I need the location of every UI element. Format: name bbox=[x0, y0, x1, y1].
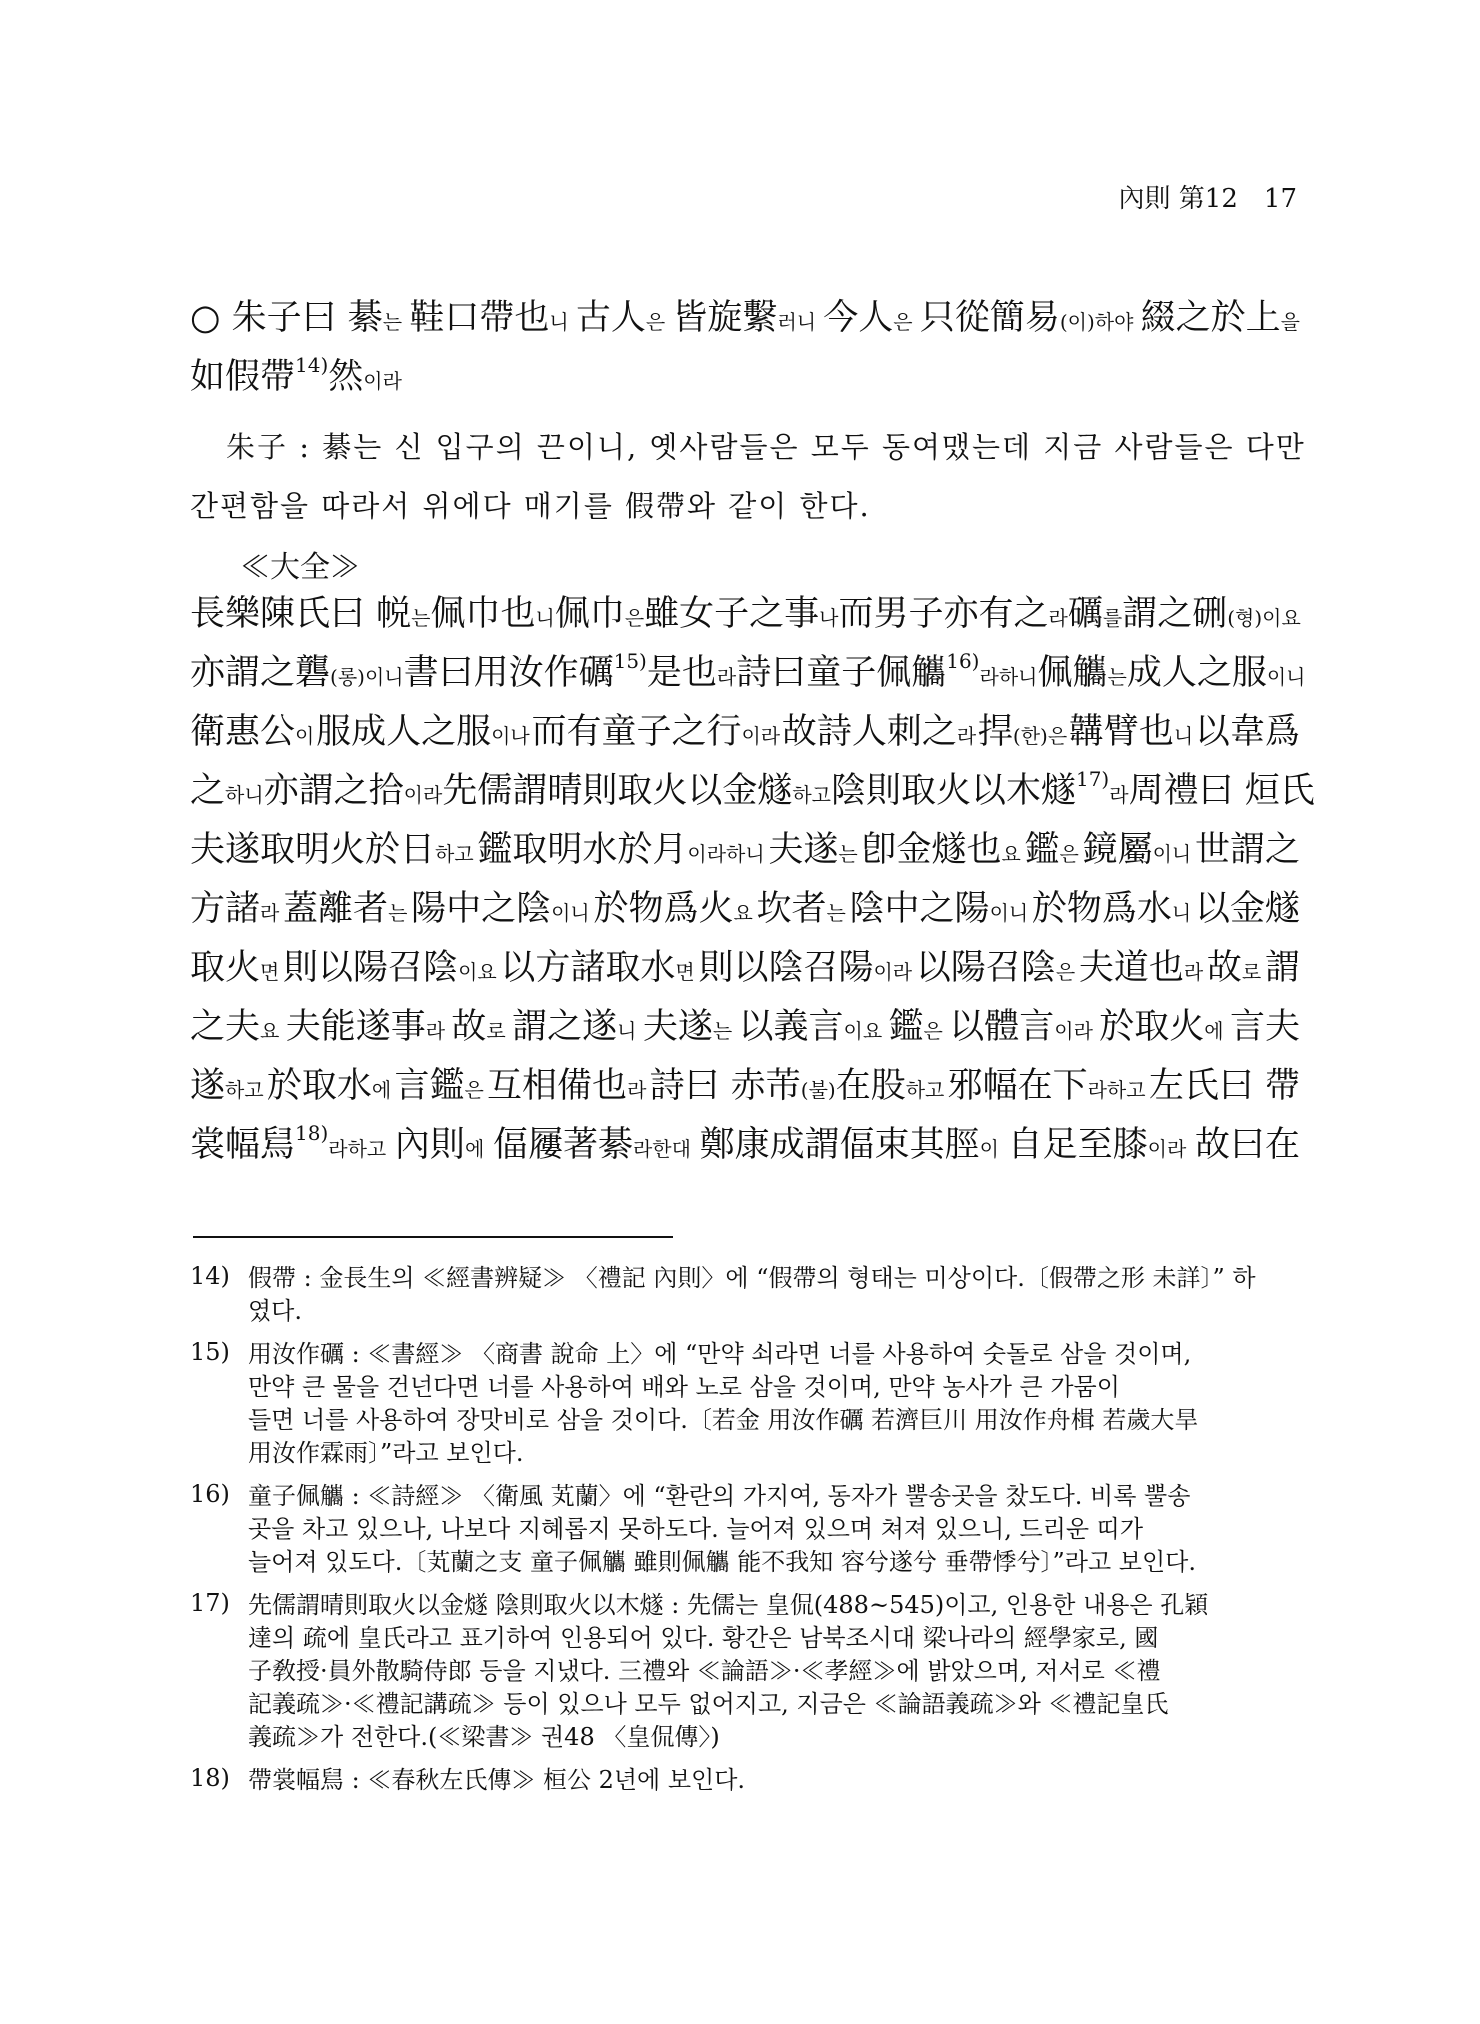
hanja-text: 佩巾也 bbox=[430, 594, 535, 634]
hangul-gloss: 이요 bbox=[844, 1019, 883, 1043]
hangul-gloss: 하고 bbox=[792, 783, 831, 807]
hanja-text: 以體言 bbox=[949, 1007, 1054, 1047]
phrase: 於取水에 bbox=[267, 1057, 391, 1121]
phrase: 夫遂는 bbox=[768, 821, 857, 885]
hanja-text: 先儒謂晴則取火以金燧 bbox=[442, 771, 792, 811]
hanja-text: 鑑 bbox=[889, 1007, 924, 1047]
hanja-text: 卽金燧也 bbox=[861, 830, 1001, 870]
hanja-text: 夫遂取明火於日 bbox=[190, 830, 435, 870]
text-line: 衛惠公이服成人之服이나而有童子之行이라故詩人刺之라捍(한)은韝臂也니以韋爲 bbox=[190, 703, 1300, 762]
hanja-text: 於取火 bbox=[1099, 1007, 1204, 1047]
hangul-gloss: 이 bbox=[980, 1137, 999, 1161]
phrase: 互相備也라 bbox=[487, 1057, 646, 1121]
phrase: 於物爲水니 bbox=[1032, 880, 1191, 944]
phrase: 內則에 bbox=[395, 1116, 484, 1180]
hangul-gloss: 이니 bbox=[1153, 842, 1192, 866]
hanja-text: 佩巾 bbox=[555, 594, 625, 634]
phrase: 謂 bbox=[1265, 939, 1300, 1003]
hangul-gloss: 면 bbox=[675, 960, 694, 984]
phrase: 謂之硎(형)이요 bbox=[1122, 585, 1301, 649]
hanja-text: 然 bbox=[328, 357, 363, 397]
phrase: 成人之服이니 bbox=[1127, 644, 1306, 708]
hangul-gloss: 니 bbox=[617, 1019, 636, 1043]
hanja-text: 是也 bbox=[647, 653, 717, 693]
hangul-gloss: 라하고 bbox=[328, 1137, 386, 1161]
footnotes: 14) 假帶 : 金長生의 ≪經書辨疑≫ 〈禮記 內則〉에 “假帶의 형태는 미… bbox=[190, 1262, 1300, 1807]
hanja-text: 陰中之陽 bbox=[850, 889, 990, 929]
hangul-gloss: 라 bbox=[1049, 606, 1068, 630]
text-line: 之夫요夫能遂事라故로謂之遂니夫遂는以義言이요鑑은以體言이라於取火에言夫 bbox=[190, 998, 1300, 1057]
phrase: 亦謂之拾이라 bbox=[264, 762, 443, 826]
footnote-line: 童子佩觿 : ≪詩經≫ 〈衛風 芄蘭〉에 “환란의 가지여, 동자가 뿔송곳을 … bbox=[248, 1480, 1300, 1513]
hanja-text: 則以陰召陽 bbox=[698, 948, 873, 988]
hangul-gloss: 은 bbox=[893, 310, 912, 334]
phrase: 左氏曰 帶 bbox=[1149, 1057, 1300, 1121]
hangul-gloss: 니 bbox=[535, 606, 554, 630]
hanja-text: 之夫 bbox=[190, 1007, 260, 1047]
hanja-text: 亦謂之拾 bbox=[264, 771, 404, 811]
hangul-gloss: 이라하니 bbox=[687, 842, 764, 866]
hanja-text: 坎者 bbox=[757, 889, 827, 929]
hangul-gloss: 를 bbox=[1103, 606, 1122, 630]
hangul-gloss: 이라 bbox=[1054, 1019, 1093, 1043]
hangul-gloss: 라 bbox=[717, 665, 736, 689]
hangul-gloss: 는 bbox=[713, 1019, 732, 1043]
footnote-17: 17) 先儒謂晴則取火以金燧 陰則取火以木燧 : 先儒는 皇侃(488~545)… bbox=[190, 1589, 1300, 1754]
text-line: ○ 朱子曰 綦는鞋口帶也니古人은皆旋繫러니今人은只從簡易(이)하야綴之於上을 bbox=[190, 289, 1300, 348]
hanja-text: 詩曰 赤芾 bbox=[650, 1066, 801, 1106]
hanja-text: 陰則取火以木燧 bbox=[831, 771, 1076, 811]
footnote-divider bbox=[193, 1236, 673, 1238]
hangul-gloss: 라 bbox=[957, 724, 976, 748]
hanja-text: 鑑取明水於月 bbox=[477, 830, 687, 870]
hanja-text: 蓋離者 bbox=[283, 889, 388, 929]
hangul-gloss: 은 bbox=[646, 310, 665, 334]
text-line: 遂하고於取水에言鑑은互相備也라詩曰 赤芾(불)在股하고邪幅在下라하고左氏曰 帶 bbox=[190, 1057, 1300, 1116]
hangul-gloss: (이)하야 bbox=[1060, 310, 1134, 334]
footnote-line: 만약 큰 물을 건넌다면 너를 사용하여 배와 노로 삼을 것이며, 만약 농사… bbox=[248, 1371, 1300, 1404]
hanja-text: 只從簡易 bbox=[920, 298, 1060, 338]
phrase: 取火면 bbox=[190, 939, 279, 1003]
hangul-gloss: 로 bbox=[486, 1019, 505, 1043]
hangul-gloss: 은 bbox=[1056, 960, 1075, 984]
hangul-gloss: 하고 bbox=[435, 842, 474, 866]
footnote-ref[interactable]: 14) bbox=[295, 353, 328, 377]
hanja-text: 皆旋繫 bbox=[672, 298, 777, 338]
hanja-text: 服成人之服 bbox=[316, 712, 491, 752]
hanja-text: 內則 bbox=[395, 1125, 465, 1165]
hanja-text: 亦謂之礱 bbox=[190, 653, 330, 693]
footnote-ref[interactable]: 15) bbox=[614, 649, 647, 673]
hanja-text: 捍 bbox=[978, 712, 1013, 752]
phrase: 以方諸取水면 bbox=[500, 939, 694, 1003]
phrase: 陰中之陽이니 bbox=[850, 880, 1029, 944]
text-line: 之하니亦謂之拾이라先儒謂晴則取火以金燧하고陰則取火以木燧17)라周禮曰 烜氏 bbox=[190, 762, 1300, 821]
hanja-text: 長樂陳氏曰 帨 bbox=[190, 594, 411, 634]
hanja-text: 如假帶 bbox=[190, 357, 295, 397]
hanja-text: 以金燧 bbox=[1195, 889, 1300, 929]
hangul-gloss: 라한대 bbox=[633, 1137, 691, 1161]
phrase: 詩曰童子佩觿16)라하니 bbox=[736, 644, 1037, 708]
hangul-gloss: 이니 bbox=[990, 901, 1029, 925]
phrase: 今人은 bbox=[823, 289, 912, 353]
hanja-text: 鑑 bbox=[1025, 830, 1060, 870]
hangul-gloss: 하고 bbox=[906, 1078, 945, 1102]
footnote-15: 15) 用汝作礪 : ≪書經≫ 〈商書 說命 上〉에 “만약 쇠라면 너를 사용… bbox=[190, 1338, 1300, 1470]
hangul-gloss: 요 bbox=[733, 901, 752, 925]
hangul-gloss: 은 bbox=[464, 1078, 483, 1102]
phrase: 陰則取火以木燧17)라 bbox=[831, 762, 1129, 826]
phrase: 佩巾也니 bbox=[430, 585, 554, 649]
footnote-18: 18) 帶裳幅舃 : ≪春秋左氏傳≫ 桓公 2년에 보인다. bbox=[190, 1764, 1300, 1797]
hanja-text: 於物爲水 bbox=[1032, 889, 1172, 929]
text-line: 夫遂取明火於日하고鑑取明水於月이라하니夫遂는卽金燧也요鑑은鏡屬이니世謂之 bbox=[190, 821, 1300, 880]
translation-text: 朱子 : 綦는 신 입구의 끈이니, 옛사람들은 모두 동여맸는데 지금 사람들… bbox=[226, 418, 1306, 477]
phrase: 而男子亦有之라 bbox=[839, 585, 1068, 649]
hanja-text: 故 bbox=[451, 1007, 486, 1047]
hanja-text: 故 bbox=[1207, 948, 1242, 988]
hangul-gloss: 라 bbox=[260, 901, 279, 925]
zhuzi-translation: 朱子 : 綦는 신 입구의 끈이니, 옛사람들은 모두 동여맸는데 지금 사람들… bbox=[190, 418, 1300, 536]
hanja-text: 成人之服 bbox=[1127, 653, 1267, 693]
phrase: 礪를 bbox=[1068, 585, 1122, 649]
hanja-text: 謂之硎 bbox=[1122, 594, 1227, 634]
hanja-text: 左氏曰 帶 bbox=[1149, 1066, 1300, 1106]
hanja-text: 詩曰童子佩觿 bbox=[736, 653, 946, 693]
hangul-gloss: 이라 bbox=[741, 724, 780, 748]
translation-line: 朱子 : 綦는 신 입구의 끈이니, 옛사람들은 모두 동여맸는데 지금 사람들… bbox=[190, 418, 1300, 477]
footnote-line: 帶裳幅舃 : ≪春秋左氏傳≫ 桓公 2년에 보인다. bbox=[248, 1764, 1300, 1797]
footnote-ref[interactable]: 17) bbox=[1076, 767, 1109, 791]
hangul-gloss: 이라 bbox=[404, 783, 443, 807]
section-title: ≪大全≫ bbox=[240, 542, 360, 586]
phrase: 先儒謂晴則取火以金燧하고 bbox=[442, 762, 831, 826]
hanja-text: 以義言 bbox=[739, 1007, 844, 1047]
hangul-gloss: 라하니 bbox=[980, 665, 1038, 689]
hangul-gloss: 에 bbox=[1204, 1019, 1223, 1043]
text-line: 取火면則以陽召陰이요以方諸取水면則以陰召陽이라以陽召陰은夫道也라故로謂 bbox=[190, 939, 1300, 998]
hangul-gloss: 이니 bbox=[1267, 665, 1306, 689]
phrase: 故로 bbox=[451, 998, 505, 1062]
phrase: 夫遂는 bbox=[643, 998, 732, 1062]
hanja-text: 遂 bbox=[190, 1066, 225, 1106]
phrase: 以韋爲 bbox=[1195, 703, 1300, 767]
hangul-gloss: 은 bbox=[924, 1019, 943, 1043]
hanja-text: 謂之遂 bbox=[512, 1007, 617, 1047]
hangul-gloss: 은 bbox=[1060, 842, 1079, 866]
hanja-text: 則以陽召陰 bbox=[283, 948, 458, 988]
hanja-text: 偪屨著綦 bbox=[493, 1125, 633, 1165]
phrase: 則以陰召陽이라 bbox=[698, 939, 912, 1003]
text-line: 如假帶14)然이라 bbox=[190, 348, 1300, 407]
phrase: 邪幅在下라하고 bbox=[948, 1057, 1146, 1121]
hanja-text: 礪 bbox=[1068, 594, 1103, 634]
hanja-text: 周禮曰 烜氏 bbox=[1129, 771, 1315, 811]
phrase: 偪屨著綦라한대 bbox=[493, 1116, 691, 1180]
phrase: 衛惠公이 bbox=[190, 703, 314, 767]
phrase: 自足至膝이라 bbox=[1008, 1116, 1187, 1180]
phrase: 韝臂也니 bbox=[1069, 703, 1193, 767]
phrase: 佩巾은 bbox=[555, 585, 644, 649]
hanja-text: 夫道也 bbox=[1079, 948, 1184, 988]
phrase: 鑑取明水於月이라하니 bbox=[477, 821, 764, 885]
hanja-text: 夫能遂事 bbox=[286, 1007, 426, 1047]
hanja-text: 自足至膝 bbox=[1008, 1125, 1148, 1165]
phrase: 方諸라 bbox=[190, 880, 279, 944]
phrase: 以體言이라 bbox=[949, 998, 1093, 1062]
footnote-line: 假帶 : 金長生의 ≪經書辨疑≫ 〈禮記 內則〉에 “假帶의 형태는 미상이다.… bbox=[248, 1262, 1300, 1295]
hanja-text: 韝臂也 bbox=[1069, 712, 1174, 752]
hanja-text: 古人 bbox=[576, 298, 646, 338]
phrase: 周禮曰 烜氏 bbox=[1129, 762, 1315, 826]
hangul-gloss: 이니 bbox=[551, 901, 590, 925]
phrase: 古人은 bbox=[576, 289, 665, 353]
hanja-text: 而男子亦有之 bbox=[839, 594, 1049, 634]
footnote-ref[interactable]: 18) bbox=[295, 1121, 328, 1145]
hangul-gloss: 는 bbox=[838, 842, 857, 866]
phrase: 只從簡易(이)하야 bbox=[920, 289, 1134, 353]
footnote-line: 先儒謂晴則取火以金燧 陰則取火以木燧 : 先儒는 皇侃(488~545)이고, … bbox=[248, 1589, 1300, 1622]
hangul-gloss: 이라 bbox=[363, 369, 402, 393]
hangul-gloss: 는 bbox=[411, 606, 430, 630]
footnote-line: 達의 疏에 皇氏라고 표기하여 인용되어 있다. 황간은 남북조시대 梁나라의 … bbox=[248, 1622, 1300, 1655]
phrase: 長樂陳氏曰 帨는 bbox=[190, 585, 430, 649]
footnote-line: 였다. bbox=[248, 1295, 1300, 1328]
hanja-text: 故詩人刺之 bbox=[782, 712, 957, 752]
footnote-line: 記義疏≫·≪禮記講疏≫ 등이 있으나 모두 없어지고, 지금은 ≪論語義疏≫와 … bbox=[248, 1688, 1300, 1721]
footnote-line: 用汝作礪 : ≪書經≫ 〈商書 說命 上〉에 “만약 쇠라면 너를 사용하여 숫… bbox=[248, 1338, 1300, 1371]
hanja-text: 世謂之 bbox=[1195, 830, 1300, 870]
phrase: 亦謂之礱(롱)이니 bbox=[190, 644, 404, 708]
footnote-line: 늘어져 있도다.〔芄蘭之支 童子佩觿 雖則佩觿 能不我知 容兮遂兮 垂帶悸兮〕”… bbox=[248, 1546, 1300, 1579]
phrase: 服成人之服이나 bbox=[316, 703, 530, 767]
hangul-gloss: (한)은 bbox=[1013, 724, 1067, 748]
phrase: 佩觿는 bbox=[1037, 644, 1126, 708]
hanja-text: 衛惠公 bbox=[190, 712, 295, 752]
hangul-gloss: 에 bbox=[372, 1078, 391, 1102]
hangul-gloss: 니 bbox=[1174, 724, 1193, 748]
phrase: 鑑은 bbox=[1025, 821, 1079, 885]
hangul-gloss: 니 bbox=[549, 310, 568, 334]
hangul-gloss: 이요 bbox=[458, 960, 497, 984]
phrase: 世謂之 bbox=[1195, 821, 1300, 885]
hanja-text: 夫遂 bbox=[643, 1007, 713, 1047]
hanja-text: 鞋口帶也 bbox=[409, 298, 549, 338]
hangul-gloss: 이라 bbox=[873, 960, 912, 984]
phrase: 故詩人刺之라 bbox=[782, 703, 976, 767]
translation-text: 간편함을 따라서 위에다 매기를 假帶와 같이 한다. bbox=[190, 477, 871, 536]
hanja-text: 陽中之陰 bbox=[411, 889, 551, 929]
hanja-text: 邪幅在下 bbox=[948, 1066, 1088, 1106]
phrase: 以金燧 bbox=[1195, 880, 1300, 944]
hanja-text: 書曰用汝作礪 bbox=[404, 653, 614, 693]
hangul-gloss: 는 bbox=[388, 901, 407, 925]
hanja-text: 裳幅舃 bbox=[190, 1125, 295, 1165]
hangul-gloss: 하니 bbox=[225, 783, 264, 807]
phrase: 鏡屬이니 bbox=[1083, 821, 1192, 885]
hanja-text: 而有童子之行 bbox=[531, 712, 741, 752]
hangul-gloss: 로 bbox=[1242, 960, 1261, 984]
footnote-number: 18) bbox=[190, 1764, 230, 1792]
footnote-line: 義疏≫가 전한다.(≪梁書≫ 권48 〈皇侃傳〉) bbox=[248, 1721, 1300, 1754]
phrase: 而有童子之行이라 bbox=[531, 703, 780, 767]
hanja-text: 方諸 bbox=[190, 889, 260, 929]
hangul-gloss: 면 bbox=[260, 960, 279, 984]
hanja-text: 以陽召陰 bbox=[916, 948, 1056, 988]
footnote-number: 17) bbox=[190, 1589, 230, 1617]
hangul-gloss: 는 bbox=[1107, 665, 1126, 689]
phrase: 則以陽召陰이요 bbox=[283, 939, 497, 1003]
footnote-line: 들면 너를 사용하여 장맛비로 삼을 것이다.〔若金 用汝作礪 若濟巨川 用汝作… bbox=[248, 1404, 1300, 1437]
hangul-gloss: 이나 bbox=[491, 724, 530, 748]
phrase: 於物爲火요 bbox=[593, 880, 752, 944]
hanja-text: 言鑑 bbox=[394, 1066, 464, 1106]
phrase: 捍(한)은 bbox=[978, 703, 1067, 767]
zhuzi-original-passage: ○ 朱子曰 綦는鞋口帶也니古人은皆旋繫러니今人은只從簡易(이)하야綴之於上을 如… bbox=[190, 289, 1300, 407]
hanja-text: 綴之於上 bbox=[1141, 298, 1281, 338]
phrase: 以陽召陰은 bbox=[916, 939, 1075, 1003]
phrase: 書曰用汝作礪15)是也라 bbox=[404, 644, 737, 708]
hanja-text: 佩觿 bbox=[1037, 653, 1107, 693]
phrase: 裳幅舃18)라하고 bbox=[190, 1116, 386, 1180]
footnote-number: 16) bbox=[190, 1480, 230, 1508]
phrase: 皆旋繫러니 bbox=[672, 289, 816, 353]
hangul-gloss: 은 bbox=[625, 606, 644, 630]
hangul-gloss: 나 bbox=[819, 606, 838, 630]
hanja-text: 取火 bbox=[190, 948, 260, 988]
footnote-line: 用汝作霖雨〕”라고 보인다. bbox=[248, 1437, 1300, 1470]
phrase: 綴之於上을 bbox=[1141, 289, 1300, 353]
phrase: 言鑑은 bbox=[394, 1057, 483, 1121]
hangul-gloss: 요 bbox=[1001, 842, 1020, 866]
hanja-text: 之 bbox=[190, 771, 225, 811]
phrase: 詩曰 赤芾(불)在股하고 bbox=[650, 1057, 945, 1121]
hangul-gloss: 러니 bbox=[777, 310, 816, 334]
footnote-number: 15) bbox=[190, 1338, 230, 1366]
hanja-text: 夫遂 bbox=[768, 830, 838, 870]
daquan-passage: 長樂陳氏曰 帨는佩巾也니佩巾은雖女子之事나而男子亦有之라礪를謂之硎(형)이요 亦… bbox=[190, 585, 1300, 1175]
hangul-gloss: 니 bbox=[1172, 901, 1191, 925]
hanja-text: 於物爲火 bbox=[593, 889, 733, 929]
running-title: 內則 第12 bbox=[1119, 184, 1238, 214]
phrase: 鞋口帶也니 bbox=[409, 289, 568, 353]
hangul-gloss: 라 bbox=[1109, 783, 1128, 807]
phrase: 遂하고 bbox=[190, 1057, 264, 1121]
phrase: 故로 bbox=[1207, 939, 1261, 1003]
phrase: 陽中之陰이니 bbox=[411, 880, 590, 944]
hanja-text: 在股 bbox=[836, 1066, 906, 1106]
phrase: 夫道也라 bbox=[1079, 939, 1203, 1003]
phrase: 如假帶14)然이라 bbox=[190, 348, 402, 412]
hanja-text: 以方諸取水 bbox=[500, 948, 675, 988]
hangul-gloss: (롱)이니 bbox=[330, 665, 404, 689]
phrase: 鄭康成謂偪束其脛이 bbox=[700, 1116, 999, 1180]
hanja-text: 雖女子之事 bbox=[644, 594, 819, 634]
phrase: 鑑은 bbox=[889, 998, 943, 1062]
hanja-text: ○ 朱子曰 綦 bbox=[190, 298, 383, 338]
hangul-gloss: 이라 bbox=[1148, 1137, 1187, 1161]
hanja-text: 鏡屬 bbox=[1083, 830, 1153, 870]
phrase: 於取火에 bbox=[1099, 998, 1223, 1062]
hanja-text: 互相備也 bbox=[487, 1066, 627, 1106]
phrase: 夫能遂事라 bbox=[286, 998, 445, 1062]
page-number: 17 bbox=[1264, 184, 1297, 214]
footnote-14: 14) 假帶 : 金長生의 ≪經書辨疑≫ 〈禮記 內則〉에 “假帶의 형태는 미… bbox=[190, 1262, 1300, 1328]
phrase: 謂之遂니 bbox=[512, 998, 636, 1062]
phrase: 雖女子之事나 bbox=[644, 585, 838, 649]
hangul-gloss: 을 bbox=[1281, 310, 1300, 334]
hangul-gloss: 라 bbox=[426, 1019, 445, 1043]
footnote-line: 子敎授·員外散騎侍郎 등을 지냈다. 三禮와 ≪論語≫·≪孝經≫에 밝았으며, … bbox=[248, 1655, 1300, 1688]
hangul-gloss: 요 bbox=[260, 1019, 279, 1043]
footnote-number: 14) bbox=[190, 1262, 230, 1290]
text-line: 長樂陳氏曰 帨는佩巾也니佩巾은雖女子之事나而男子亦有之라礪를謂之硎(형)이요 bbox=[190, 585, 1300, 644]
hangul-gloss: 라하고 bbox=[1088, 1078, 1146, 1102]
phrase: 以義言이요 bbox=[739, 998, 883, 1062]
footnote-ref[interactable]: 16) bbox=[946, 649, 979, 673]
running-header: 內則 第1217 bbox=[1119, 178, 1297, 215]
hanja-text: 今人 bbox=[823, 298, 893, 338]
hanja-text: 言夫 bbox=[1230, 1007, 1300, 1047]
phrase: 坎者는 bbox=[757, 880, 846, 944]
phrase: 言夫 bbox=[1230, 998, 1300, 1062]
phrase: 故曰在 bbox=[1195, 1116, 1300, 1180]
hangul-gloss: 이 bbox=[295, 724, 314, 748]
phrase: 蓋離者는 bbox=[283, 880, 407, 944]
phrase: ○ 朱子曰 綦는 bbox=[190, 289, 402, 353]
hanja-text: 鄭康成謂偪束其脛 bbox=[700, 1125, 980, 1165]
phrase: 之하니 bbox=[190, 762, 264, 826]
text-line: 裳幅舃18)라하고內則에偪屨著綦라한대鄭康成謂偪束其脛이自足至膝이라故曰在 bbox=[190, 1116, 1300, 1175]
footnote-16: 16) 童子佩觿 : ≪詩經≫ 〈衛風 芄蘭〉에 “환란의 가지여, 동자가 뿔… bbox=[190, 1480, 1300, 1579]
text-line: 方諸라蓋離者는陽中之陰이니於物爲火요坎者는陰中之陽이니於物爲水니以金燧 bbox=[190, 880, 1300, 939]
phrase: 之夫요 bbox=[190, 998, 279, 1062]
hangul-gloss: (형)이요 bbox=[1227, 606, 1301, 630]
hangul-gloss: 는 bbox=[827, 901, 846, 925]
footnote-line: 곳을 차고 있으나, 나보다 지혜롭지 못하도다. 늘어져 있으며 쳐져 있으니… bbox=[248, 1513, 1300, 1546]
hanja-text: 謂 bbox=[1265, 948, 1300, 988]
hangul-gloss: 라 bbox=[1184, 960, 1203, 984]
hangul-gloss: 는 bbox=[383, 310, 402, 334]
phrase: 卽金燧也요 bbox=[861, 821, 1020, 885]
text-line: 亦謂之礱(롱)이니書曰用汝作礪15)是也라詩曰童子佩觿16)라하니佩觿는成人之服… bbox=[190, 644, 1300, 703]
hangul-gloss: 하고 bbox=[225, 1078, 264, 1102]
hanja-text: 故曰在 bbox=[1195, 1125, 1300, 1165]
hanja-text: 以韋爲 bbox=[1195, 712, 1300, 752]
translation-line: 간편함을 따라서 위에다 매기를 假帶와 같이 한다. bbox=[190, 477, 1300, 536]
hangul-gloss: 에 bbox=[465, 1137, 484, 1161]
hanja-text: 於取水 bbox=[267, 1066, 372, 1106]
phrase: 夫遂取明火於日하고 bbox=[190, 821, 474, 885]
hangul-gloss: (불) bbox=[801, 1078, 836, 1102]
hangul-gloss: 라 bbox=[627, 1078, 646, 1102]
